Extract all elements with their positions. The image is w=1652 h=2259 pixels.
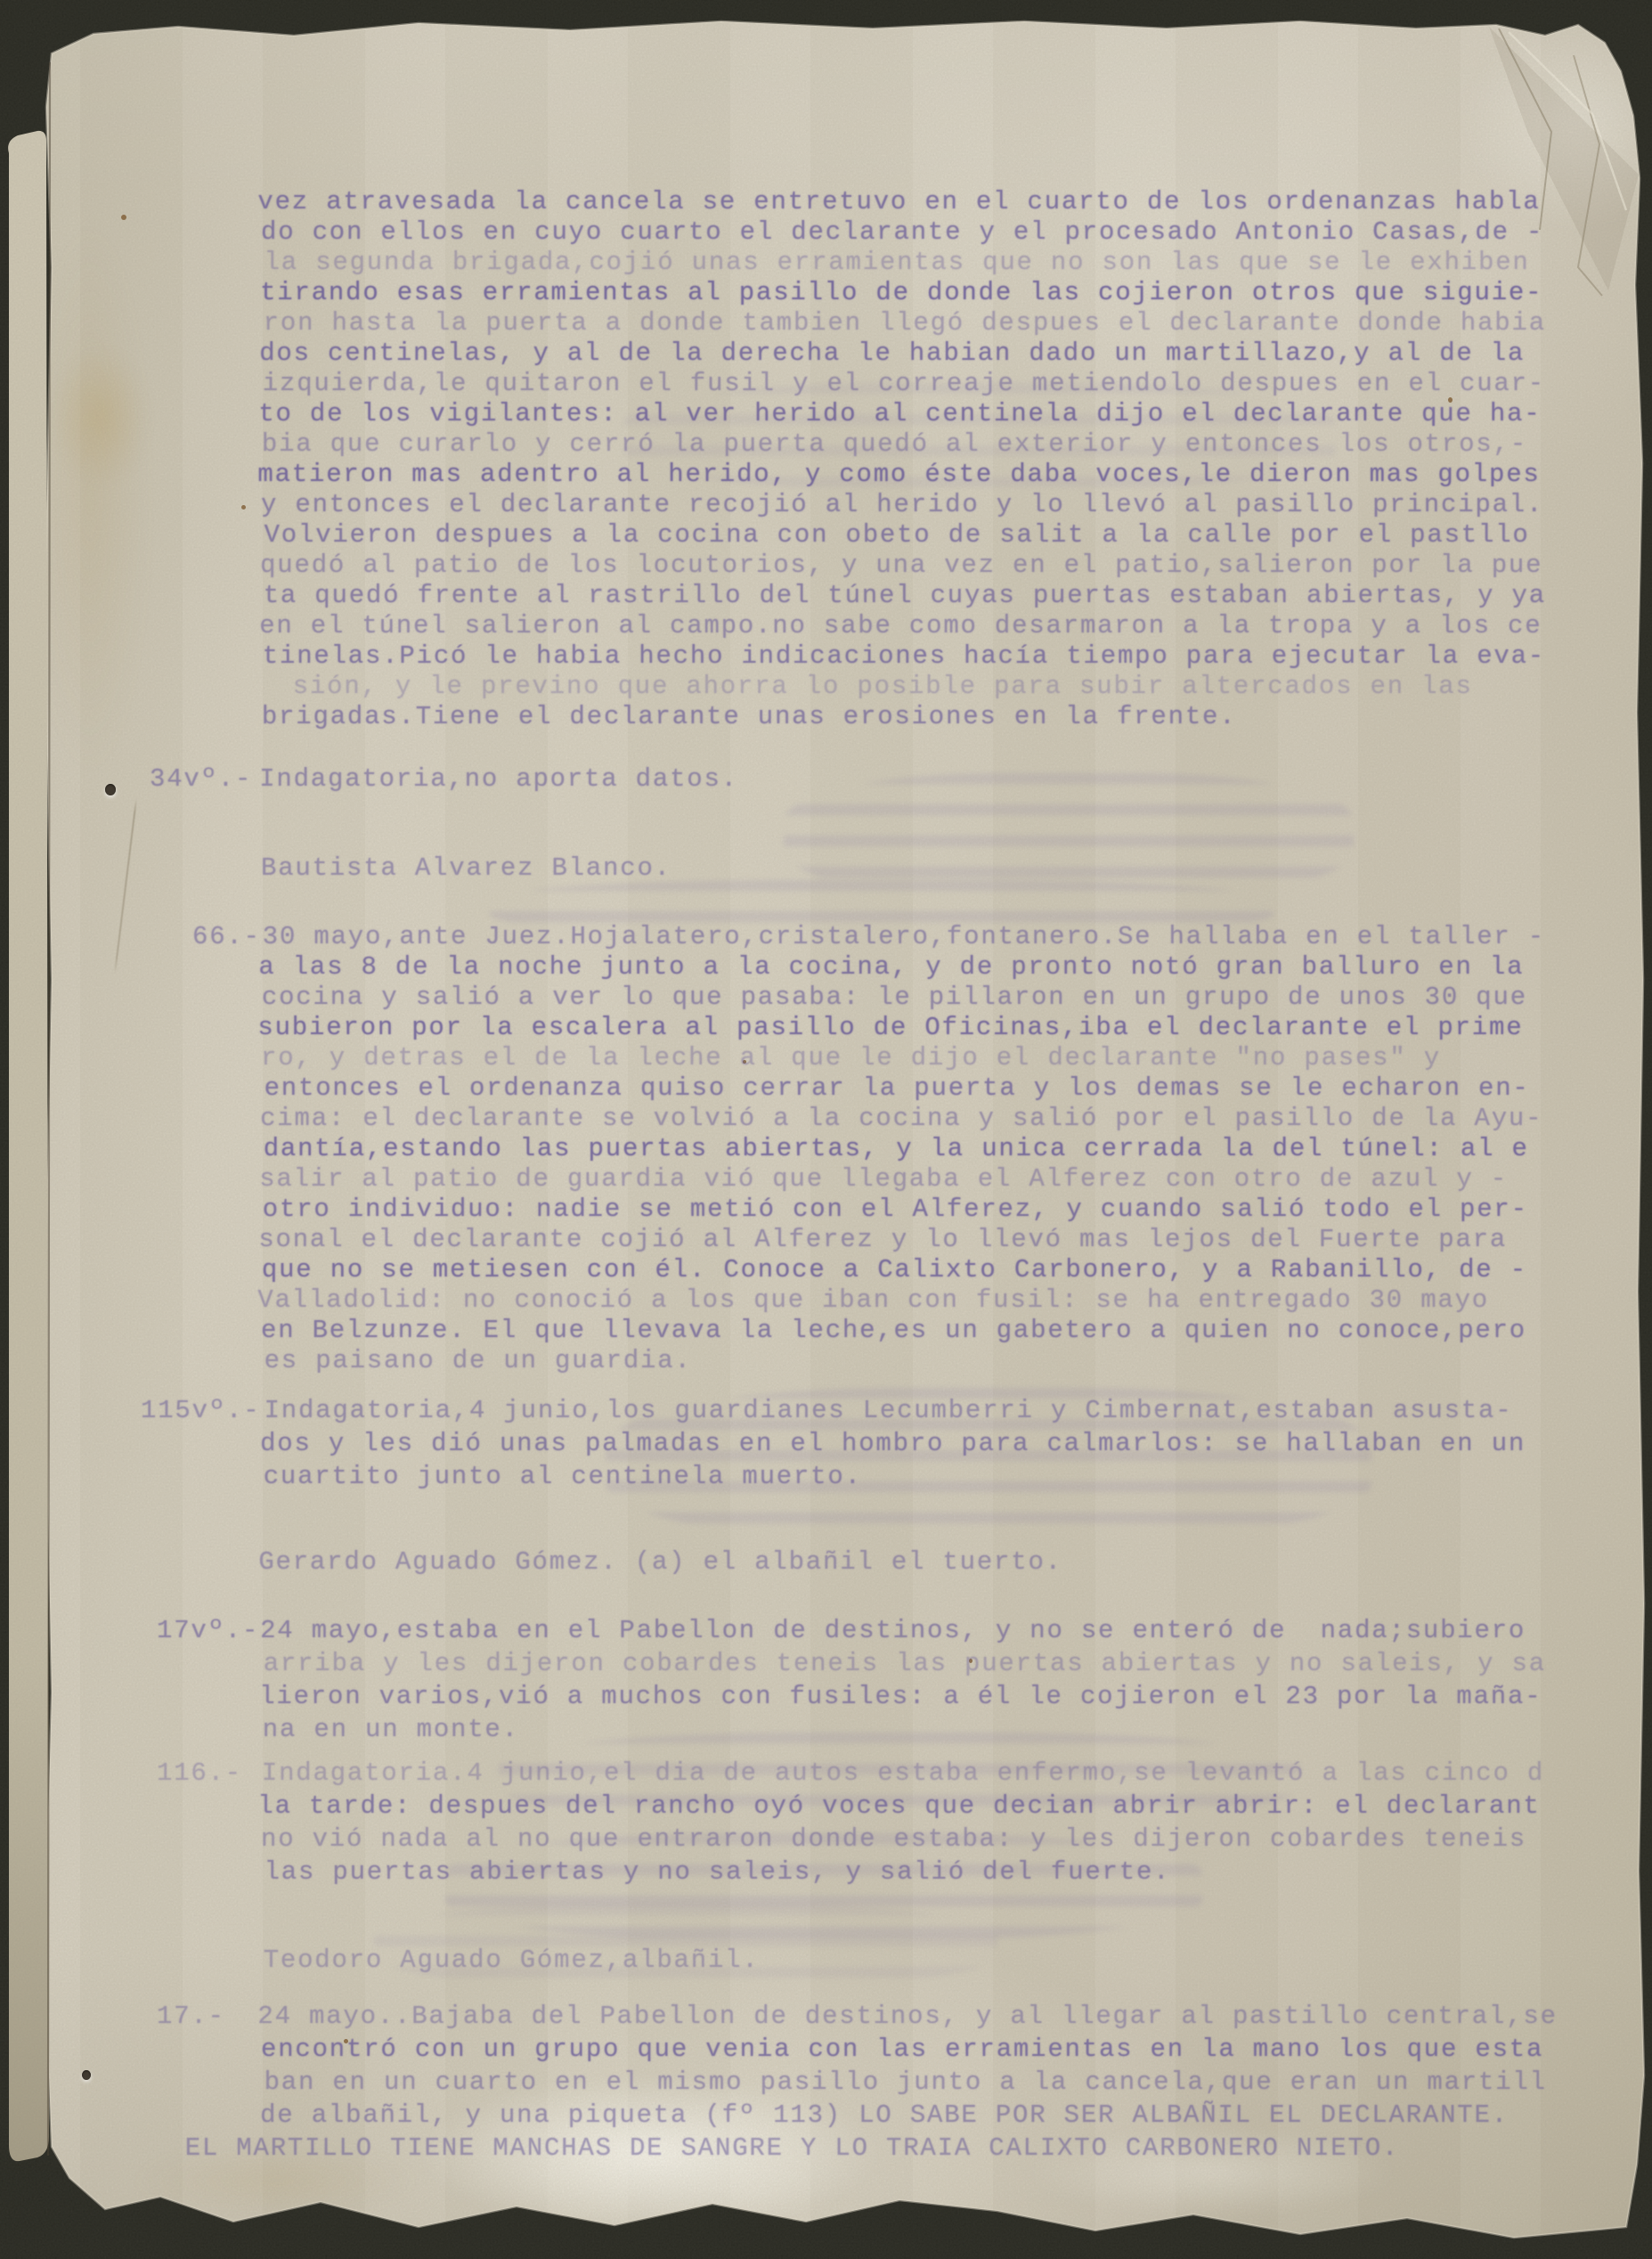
testimony-entry: 34vº.-Indagatoria,no aporta datos. <box>261 764 1615 795</box>
typewritten-line: de albañil, y una piqueta (fº 113) LO SA… <box>260 2099 1615 2132</box>
punch-hole <box>105 784 116 795</box>
typewritten-line: izquierda,le quitaron el fusil y el corr… <box>263 369 1615 399</box>
typewritten-line: lieron varios,vió a muchos con fusiles: … <box>259 1680 1615 1713</box>
typewritten-line: vez atravesada la cancela se entretuvo e… <box>257 187 1615 217</box>
typewritten-line: en el túnel salieron al campo.no sabe co… <box>259 611 1615 641</box>
typewritten-line: subieron por la escalera al pasillo de O… <box>257 1013 1615 1043</box>
folio-ref: 17vº.- <box>157 1614 259 1647</box>
typewritten-line: es paisano de un guardia. <box>264 1346 1615 1376</box>
typewritten-line: cima: el declarante se volvió a la cocin… <box>260 1104 1615 1134</box>
typewritten-line: ta quedó frente al rastrillo del túnel c… <box>264 581 1615 611</box>
testimony-entry: 116.-Indagatoria.4 junio,el dia de autos… <box>261 1757 1615 1888</box>
typewritten-line: 30 mayo,ante Juez.Hojalatero,cristalero,… <box>263 922 1615 952</box>
folio-ref: 34vº.- <box>150 764 252 795</box>
typewritten-line: dantía,estando las puertas abiertas, y l… <box>264 1134 1615 1164</box>
folio-ref: 115vº.- <box>141 1394 260 1427</box>
typewritten-line: Indagatoria,no aporta datos. <box>259 764 1615 795</box>
typewritten-line: tinelas.Picó le habia hecho indicaciones… <box>263 641 1615 672</box>
typewritten-line: no vió nada al no que entraron donde est… <box>261 1823 1615 1855</box>
typewritten-line: a las 8 de la noche junto a la cocina, y… <box>258 952 1615 983</box>
typewritten-line: 24 mayo..Bajaba del Pabellon de destinos… <box>257 2000 1615 2033</box>
testimony-entry: 66.-30 mayo,ante Juez.Hojalatero,cristal… <box>261 922 1615 1376</box>
punch-hole <box>82 2070 91 2080</box>
typewritten-line: cocina y salió a ver lo que pasaba: le p… <box>262 983 1615 1013</box>
typewritten-line: ro, y detras el de la leche al que le di… <box>261 1043 1615 1073</box>
typewritten-line: Indagatoria.4 junio,el dia de autos esta… <box>262 1757 1615 1790</box>
typewritten-line: na en un monte. <box>263 1713 1615 1746</box>
typewritten-line: sión, y le previno que ahorra lo posible… <box>258 672 1615 702</box>
typewritten-line: que no se metiesen con él. Conoce a Cali… <box>262 1255 1615 1285</box>
typewritten-line: Bautista Alvarez Blanco. <box>261 853 1615 884</box>
typewritten-line: la segunda brigada,cojió unas erramienta… <box>264 248 1615 278</box>
rust-speck <box>121 215 126 220</box>
rust-speck <box>241 505 246 510</box>
testimony-entry: 115vº.-Indagatoria,4 junio,los guardiane… <box>261 1394 1615 1493</box>
typewritten-line: quedó al patio de los locutorios, y una … <box>260 550 1615 581</box>
folio-ref: 17.- <box>157 2000 225 2033</box>
typewritten-line: bia que curarlo y cerró la puerta quedó … <box>262 429 1615 460</box>
witness-name-heading: Gerardo Aguado Gómez. (a) el albañil el … <box>261 1547 1615 1578</box>
typewritten-line: to de los vigilantes: al ver herido al c… <box>258 399 1615 429</box>
typewritten-line: Indagatoria,4 junio,los guardianes Lecum… <box>264 1394 1615 1427</box>
typewritten-line: Gerardo Aguado Gómez. (a) el albañil el … <box>258 1547 1615 1578</box>
typewritten-line: sonal el declarante cojió al Alferez y l… <box>258 1225 1615 1255</box>
typewritten-line: otro individuo: nadie se metió con el Al… <box>263 1195 1615 1225</box>
typewritten-line: ban en un cuarto en el mismo pasillo jun… <box>264 2066 1615 2099</box>
typewritten-line: encontró con un grupo que venia con las … <box>261 2033 1615 2066</box>
punch-hole <box>2 2076 9 2084</box>
scanned-document-screenshot: { "document": { "kind": "scanned typewri… <box>0 0 1652 2259</box>
typewritten-line: la tarde: despues del rancho oyó voces q… <box>257 1790 1615 1823</box>
typewritten-line: entonces el ordenanza quiso cerrar la pu… <box>264 1073 1615 1104</box>
typewritten-text-layer: vez atravesada la cancela se entretuvo e… <box>261 0 1615 2259</box>
testimony-entry: 17.-24 mayo..Bajaba del Pabellon de dest… <box>261 2000 1615 2165</box>
typewritten-line: Volvieron despues a la cocina con obeto … <box>264 520 1615 550</box>
typewritten-line: EL MARTILLO TIENE MANCHAS DE SANGRE Y LO… <box>185 2132 1615 2165</box>
typewritten-line: dos centinelas, y al de la derecha le ha… <box>259 338 1615 369</box>
witness-name-heading: Bautista Alvarez Blanco. <box>261 853 1615 884</box>
typewritten-line: brigadas.Tiene el declarante unas erosio… <box>262 702 1615 732</box>
typewritten-line: ron hasta la puerta a donde tambien lleg… <box>264 308 1615 338</box>
typewritten-line: matieron mas adentro al herido, y como é… <box>257 460 1615 490</box>
typewritten-line: cuartito junto al centinela muerto. <box>264 1460 1615 1493</box>
typewritten-line: y entonces el declarante recojió al heri… <box>261 490 1615 520</box>
testimony-entry: 17vº.-24 mayo,estaba en el Pabellon de d… <box>261 1614 1615 1746</box>
folio-ref: 66.- <box>192 922 261 952</box>
typewritten-line: en Belzunze. El que llevava la leche,es … <box>261 1316 1615 1346</box>
typewritten-line: salir al patio de guardia vió que llegab… <box>259 1164 1615 1195</box>
typewritten-line: tirando esas erramientas al pasillo de d… <box>260 278 1615 308</box>
typewritten-line: Valladolid: no conoció a los que iban co… <box>257 1285 1615 1316</box>
typewritten-line: arriba y les dijeron cobardes teneis las… <box>264 1647 1615 1680</box>
testimony-entry: vez atravesada la cancela se entretuvo e… <box>261 187 1615 732</box>
typewritten-line: Teodoro Aguado Gómez,albañil. <box>264 1945 1615 1976</box>
typewritten-line: las puertas abiertas y no saleis, y sali… <box>264 1855 1615 1888</box>
witness-name-heading: Teodoro Aguado Gómez,albañil. <box>261 1945 1615 1976</box>
typewritten-line: 24 mayo,estaba en el Pabellon de destino… <box>260 1614 1615 1647</box>
typewritten-line: do con ellos en cuyo cuarto el declarant… <box>261 217 1615 248</box>
punch-hole <box>5 882 12 889</box>
typewritten-line: dos y les dió unas palmadas en el hombro… <box>260 1427 1615 1460</box>
folio-ref: 116.- <box>157 1757 242 1790</box>
